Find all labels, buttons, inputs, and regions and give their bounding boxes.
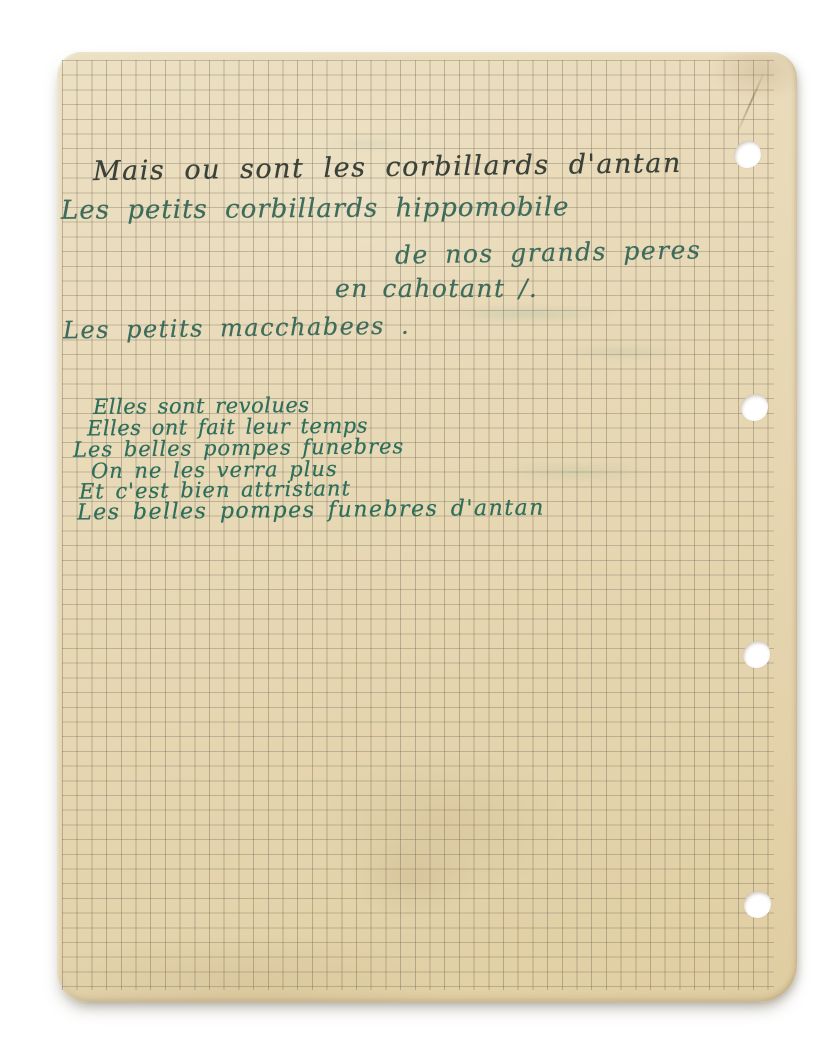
handwriting-line-11: Les belles pompes funebres d'antan xyxy=(77,496,545,526)
punch-hole-3 xyxy=(743,641,770,668)
handwriting-line-2: Les petits corbillards hippomobile xyxy=(61,192,570,226)
notebook-page: Mais ou sont les corbillards d'antan Les… xyxy=(57,52,797,1002)
handwriting-line-4: en cahotant /. xyxy=(335,274,538,303)
photo-background: Mais ou sont les corbillards d'antan Les… xyxy=(0,0,840,1049)
handwriting-line-5: Les petits macchabees . xyxy=(63,312,410,345)
handwriting-line-3: de nos grands peres xyxy=(395,235,702,269)
